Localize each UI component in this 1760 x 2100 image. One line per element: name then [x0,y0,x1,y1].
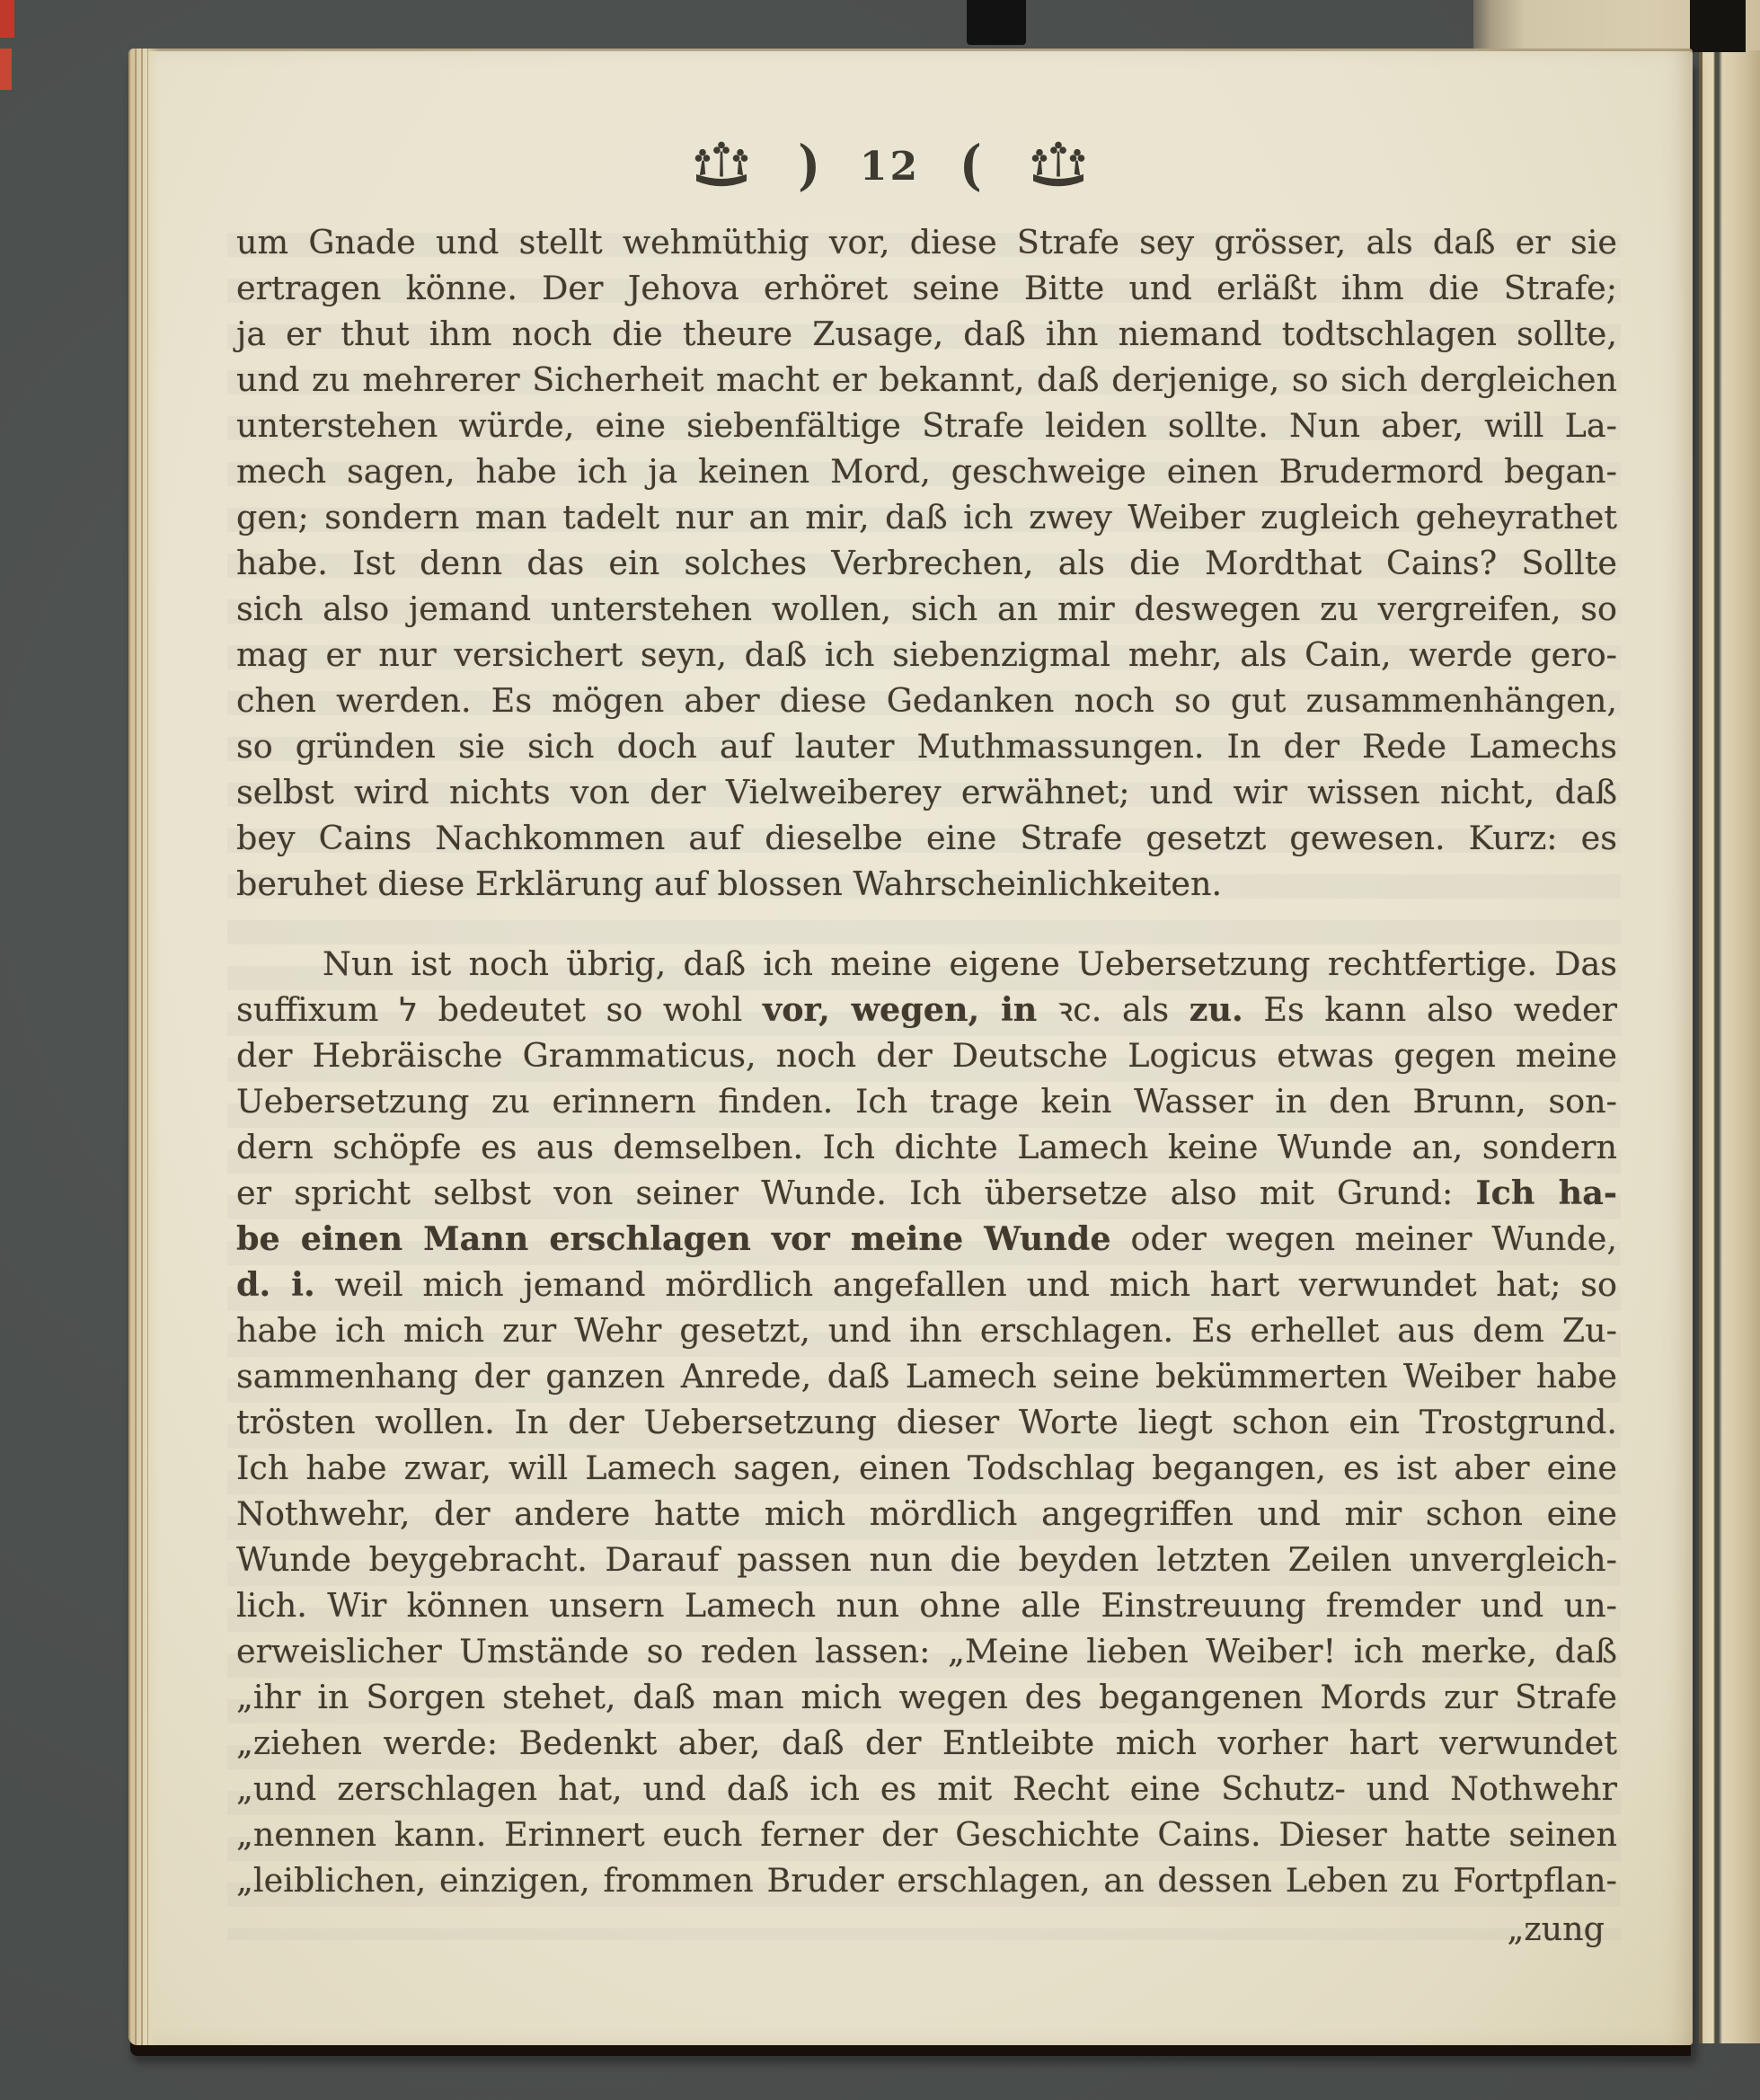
text-line: habe ich mich zur Wehr gesetzt, und ihn … [236,1307,1617,1353]
text-line: selbst wird nichts von der Vielweiberey … [236,769,1617,815]
bookmark-tab [967,0,1026,45]
crown-icon [1022,141,1095,191]
text-segment: Nun ist noch übrig, daß ich meine eigene… [323,944,1617,983]
adjacent-page-edge [1699,50,1760,2043]
text-segment: um Gnade und stellt wehmüthig vor, diese… [236,223,1617,261]
text-segment: der Hebräische Grammaticus, noch der Deu… [236,1036,1617,1075]
red-edge-mark [0,0,14,38]
text-line: sich also jemand unterstehen wollen, sic… [236,586,1617,632]
text-line: gen; sondern man tadelt nur an mir, daß … [236,494,1617,540]
text-segment: chen werden. Es mögen aber diese Gedanke… [236,681,1617,720]
text-segment: mech sagen, habe ich ja keinen Mord, ges… [236,452,1617,491]
text-segment: dern schöpfe es aus demselben. Ich dicht… [236,1128,1617,1166]
text-segment: er spricht selbst von seiner Wunde. Ich … [236,1174,1476,1212]
page-number: 12 [860,144,920,190]
text-line: suffixum ל bedeutet so wohl vor, wegen, … [236,987,1617,1032]
paragraph: Nun ist noch übrig, daß ich meine eigene… [236,941,1617,1903]
text-line: ertragen könne. Der Jehova erhöret seine… [236,265,1617,311]
text-segment: weil mich jemand mördlich angefallen und… [315,1265,1617,1304]
crown-icon [685,141,758,191]
text-segment: „ziehen werde: Bedenkt aber, daß der Ent… [236,1723,1617,1762]
text-segment: „nennen kann. Erinnert euch ferner der G… [236,1815,1617,1854]
text-segment: „und zerschlagen hat, und daß ich es mit… [236,1769,1617,1808]
page-header: ) 12 ( [128,138,1651,194]
text-segment: erweislicher Umstände so reden lassen: „… [236,1632,1617,1670]
text-segment: beruhet diese Erklärung auf blossen Wahr… [236,864,1222,903]
text-line: um Gnade und stellt wehmüthig vor, diese… [236,219,1617,265]
text-line: be einen Mann erschlagen vor meine Wunde… [236,1216,1617,1262]
text-line: so gründen sie sich doch auf lauter Muth… [236,723,1617,769]
book-page: ) 12 ( um Gnade und stellt wehmüthig vor… [128,49,1693,2045]
text-segment: bedeutet so wohl [418,990,763,1029]
text-segment: ל [399,990,418,1029]
text-line: beruhet diese Erklärung auf blossen Wahr… [236,861,1617,907]
header-bracket-open: ) [798,139,820,193]
catchword: „zung [236,1906,1617,1952]
text-line: chen werden. Es mögen aber diese Gedanke… [236,678,1617,723]
text-segment: ertragen könne. Der Jehova erhöret seine… [236,269,1617,307]
text-line: dern schöpfe es aus demselben. Ich dicht… [236,1124,1617,1170]
text-line: bey Cains Nachkommen auf dieselbe eine S… [236,815,1617,861]
text-segment: bey Cains Nachkommen auf dieselbe eine S… [236,819,1617,857]
text-line: trösten wollen. In der Uebersetzung dies… [236,1399,1617,1445]
text-line: habe. Ist denn das ein solches Verbreche… [236,540,1617,586]
text-line: er spricht selbst von seiner Wunde. Ich … [236,1170,1617,1216]
text-line: sammenhang der ganzen Anrede, daß Lamech… [236,1353,1617,1399]
text-segment: Es kann also weder [1243,990,1617,1029]
text-segment: trösten wollen. In der Uebersetzung dies… [236,1403,1617,1441]
text-segment: mag er nur versichert seyn, daß ich sieb… [236,635,1617,674]
text-line: unterstehen würde, eine siebenfältige St… [236,403,1617,448]
text-line: mag er nur versichert seyn, daß ich sieb… [236,632,1617,678]
text-line: d. i. weil mich jemand mördlich angefall… [236,1262,1617,1307]
red-edge-mark [0,49,12,90]
text-segment: Ich habe zwar, will Lamech sagen, einen … [236,1449,1617,1487]
text-segment: habe. Ist denn das ein solches Verbreche… [236,544,1617,582]
text-line: Nun ist noch übrig, daß ich meine eigene… [236,941,1617,987]
text-line: der Hebräische Grammaticus, noch der Deu… [236,1032,1617,1078]
page-edge-stack [128,49,159,2045]
text-line: Uebersetzung zu erinnern finden. Ich tra… [236,1078,1617,1124]
paragraph: um Gnade und stellt wehmüthig vor, diese… [236,219,1617,907]
text-segment: unterstehen würde, eine siebenfältige St… [236,406,1617,445]
text-line: „und zerschlagen hat, und daß ich es mit… [236,1766,1617,1812]
text-line: lich. Wir können unsern Lamech nun ohne … [236,1582,1617,1628]
text-segment: „leiblichen, einzigen, frommen Bruder er… [236,1861,1617,1900]
text-segment: selbst wird nichts von der Vielweiberey … [236,773,1617,811]
text-line: „leiblichen, einzigen, frommen Bruder er… [236,1857,1617,1903]
text-segment: sammenhang der ganzen Anrede, daß Lamech… [236,1357,1617,1396]
text-line: ja er thut ihm noch die theure Zusage, d… [236,311,1617,357]
screenshot-root: { "window": { "background": "#4b4f4d" },… [0,0,1760,2100]
text-line: Ich habe zwar, will Lamech sagen, einen … [236,1445,1617,1491]
emphasis-text: vor, wegen, in [763,990,1037,1029]
text-segment: so gründen sie sich doch auf lauter Muth… [236,727,1617,766]
text-segment: suffixum [236,990,399,1029]
text-line: mech sagen, habe ich ja keinen Mord, ges… [236,448,1617,494]
emphasis-text: zu. [1190,990,1243,1029]
text-line: „ihr in Sorgen stehet, daß man mich wege… [236,1674,1617,1720]
text-segment: ꝛc. als [1037,990,1189,1029]
text-segment: ja er thut ihm noch die theure Zusage, d… [236,315,1617,353]
text-segment: Wunde beygebracht. Darauf passen nun die… [236,1540,1617,1579]
text-segment: Uebersetzung zu erinnern finden. Ich tra… [236,1082,1617,1121]
text-line: „nennen kann. Erinnert euch ferner der G… [236,1812,1617,1857]
text-segment: habe ich mich zur Wehr gesetzt, und ihn … [236,1311,1617,1350]
text-segment: lich. Wir können unsern Lamech nun ohne … [236,1586,1617,1625]
text-line: „ziehen werde: Bedenkt aber, daß der Ent… [236,1720,1617,1766]
header-bracket-close: ( [960,139,982,193]
text-line: Wunde beygebracht. Darauf passen nun die… [236,1537,1617,1582]
text-segment: und zu mehrerer Sicherheit macht er beka… [236,360,1617,399]
text-segment: gen; sondern man tadelt nur an mir, daß … [236,498,1617,536]
bookmark-ribbon [1690,0,1746,52]
text-segment: sich also jemand unterstehen wollen, sic… [236,589,1617,628]
emphasis-text: be einen Mann erschlagen vor meine Wunde [236,1219,1111,1258]
text-line: und zu mehrerer Sicherheit macht er beka… [236,357,1617,403]
text-line: erweislicher Umstände so reden lassen: „… [236,1628,1617,1674]
text-segment: „ihr in Sorgen stehet, daß man mich wege… [236,1678,1617,1716]
text-segment: oder wegen meiner Wunde, [1111,1219,1617,1258]
emphasis-text: d. i. [236,1265,315,1304]
page-text: um Gnade und stellt wehmüthig vor, diese… [236,219,1617,1952]
emphasis-text: Ich ha- [1476,1174,1617,1212]
text-line: Nothwehr, der andere hatte mich mördlich… [236,1491,1617,1537]
text-segment: Nothwehr, der andere hatte mich mördlich… [236,1494,1617,1533]
